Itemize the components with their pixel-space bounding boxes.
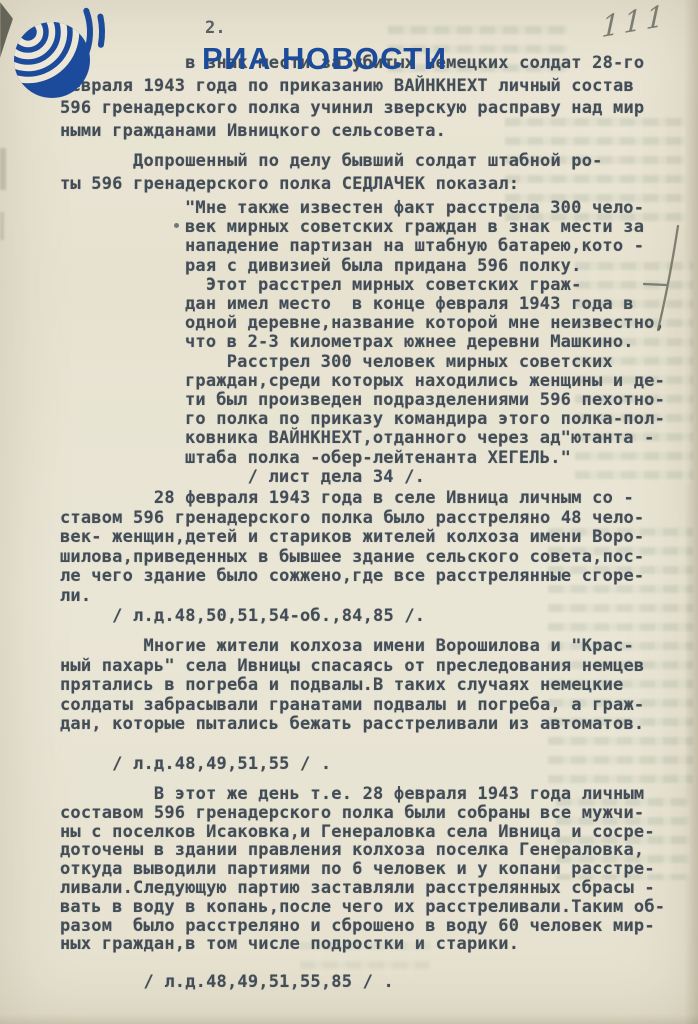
scan-edge-smudge xyxy=(0,212,4,240)
paragraph-generalovka: В этот же день т.е. 28 февраля 1943 года… xyxy=(60,785,665,992)
pencil-margin-mark-icon xyxy=(632,218,688,348)
document-scan: 2. 111 РИА НОВОСТИ в знак мести за убиты… xyxy=(0,0,698,1024)
scan-corner-artifact xyxy=(0,2,13,58)
ink-dot-artifact xyxy=(174,223,179,228)
paragraph-interrogation: Допрошенный по делу бывший солдат штабно… xyxy=(60,150,603,195)
paragraph-intro: в знак мести за убитых немецких солдат 2… xyxy=(60,52,644,142)
pencil-page-number: 111 xyxy=(601,0,669,44)
paragraph-cellars: Многие жители колхоза имени Ворошилова и… xyxy=(60,637,644,774)
scan-edge-smudge xyxy=(0,148,6,190)
testimony-quote-block: "Мне также известен факт расстрела 300 ч… xyxy=(185,199,665,487)
typed-page-number: 2. xyxy=(205,18,226,38)
paragraph-ivnitsa: 28 февраля 1943 года в селе Ивница личны… xyxy=(60,489,644,626)
